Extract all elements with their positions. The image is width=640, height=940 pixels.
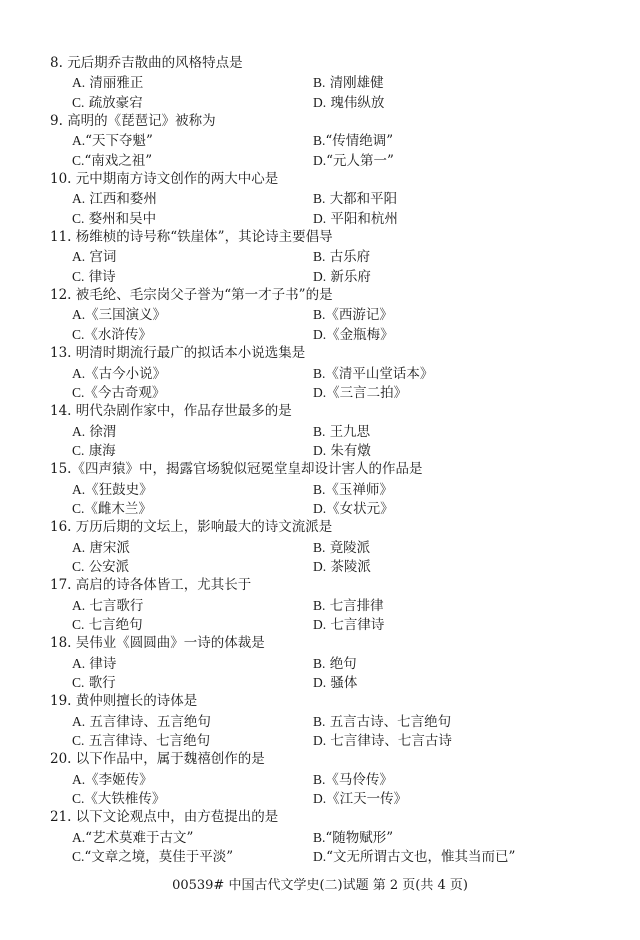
- option-text: 古乐府: [330, 249, 371, 265]
- option-letter: D.: [313, 789, 326, 808]
- option-c: C.“文章之境，莫佳于平淡”: [72, 847, 233, 867]
- question-text: 吴伟业《圆圆曲》一诗的体裁是: [76, 635, 265, 651]
- question-number: 15.: [50, 460, 71, 479]
- option-letter: C.: [72, 441, 84, 460]
- option-row: C. 康海 D. 朱有燉: [0, 441, 640, 460]
- option-b: B.“传情绝调”: [313, 131, 393, 151]
- option-letter: C.: [72, 557, 84, 576]
- option-b: B.《玉禅师》: [313, 480, 393, 500]
- option-b: B. 王九思: [313, 422, 370, 442]
- option-letter: C.: [72, 209, 84, 228]
- page-footer: 00539# 中国古代文学史(二)试题 第 2 页(共 4 页): [0, 877, 640, 895]
- option-text: 五言古诗、七言绝句: [330, 714, 452, 730]
- question-16: 16. 万历后期的文坛上，影响最大的诗文流派是 A. 唐宋派 B. 竟陵派 C.…: [0, 518, 640, 576]
- option-a: A.《三国演义》: [72, 305, 166, 325]
- option-d: D.《金瓶梅》: [313, 325, 394, 345]
- option-text: 江西和婺州: [89, 191, 157, 207]
- option-letter: C.: [72, 789, 84, 808]
- option-text: “元人第一”: [326, 153, 394, 169]
- option-row: C.“文章之境，莫佳于平淡” D.“文无所谓古文也，惟其当而已”: [0, 847, 640, 866]
- option-letter: C.: [72, 731, 84, 750]
- option-text: 《狂鼓史》: [85, 482, 153, 498]
- option-letter: A.: [72, 131, 85, 150]
- option-letter: A.: [72, 538, 85, 557]
- footer-text: 00539# 中国古代文学史(二)试题 第 2 页(共 4 页): [172, 878, 468, 893]
- question-stem: 21. 以下文论观点中，由方苞提出的是: [0, 808, 640, 827]
- option-row: A.《古今小说》 B.《清平山堂话本》: [0, 364, 640, 383]
- option-a: A.“艺术莫难于古文”: [72, 828, 193, 848]
- option-letter: B.: [313, 538, 325, 557]
- option-text: 《古今小说》: [85, 366, 166, 382]
- question-text: 以下作品中，属于魏禧创作的是: [76, 751, 265, 767]
- option-text: 平阳和杭州: [330, 211, 398, 227]
- option-letter: B.: [313, 654, 325, 673]
- question-stem: 16. 万历后期的文坛上，影响最大的诗文流派是: [0, 518, 640, 537]
- option-text: 王九思: [330, 424, 371, 440]
- option-c: C. 疏放豪宕: [72, 93, 143, 113]
- question-8: 8. 元后期乔吉散曲的风格特点是 A. 清丽雅正 B. 清刚雄健 C. 疏放豪宕…: [0, 54, 640, 112]
- option-b: B. 大都和平阳: [313, 189, 397, 209]
- option-letter: A.: [72, 712, 85, 731]
- option-text: 骚体: [330, 675, 357, 691]
- option-text: 绝句: [330, 656, 357, 672]
- option-text: “文无所谓古文也，惟其当而已”: [326, 849, 515, 865]
- question-text: 高明的《琵琶记》被称为: [67, 113, 216, 129]
- option-letter: B.: [313, 828, 325, 847]
- option-text: 徐渭: [89, 424, 116, 440]
- option-letter: B.: [313, 247, 325, 266]
- option-d: D. 朱有燉: [313, 441, 371, 461]
- option-text: 七言排律: [330, 598, 384, 614]
- option-a: A.《古今小说》: [72, 364, 166, 384]
- option-d: D. 七言律诗、七言古诗: [313, 731, 452, 751]
- option-text: 《玉禅师》: [325, 482, 393, 498]
- option-text: 《马伶传》: [325, 772, 393, 788]
- option-text: 七言律诗、七言古诗: [330, 733, 452, 749]
- option-d: D.《江天一传》: [313, 789, 407, 809]
- option-a: A.《狂鼓史》: [72, 480, 153, 500]
- option-b: B. 竟陵派: [313, 538, 370, 558]
- option-b: B.《清平山堂话本》: [313, 364, 433, 384]
- option-row: C.《大铁椎传》 D.《江天一传》: [0, 789, 640, 808]
- option-row: A. 江西和婺州 B. 大都和平阳: [0, 189, 640, 208]
- question-number: 12.: [50, 286, 71, 305]
- question-text: 万历后期的文坛上，影响最大的诗文流派是: [76, 519, 333, 535]
- option-letter: D.: [313, 499, 326, 518]
- question-text: 明代杂剧作家中，作品存世最多的是: [76, 403, 292, 419]
- option-text: “南戏之祖”: [84, 153, 152, 169]
- question-stem: 10. 元中期南方诗文创作的两大中心是: [0, 170, 640, 189]
- option-a: A. 五言律诗、五言绝句: [72, 712, 211, 732]
- option-text: 茶陵派: [330, 559, 371, 575]
- option-letter: D.: [313, 673, 326, 692]
- option-letter: A.: [72, 247, 85, 266]
- option-letter: B.: [313, 480, 325, 499]
- option-text: 疏放豪宕: [89, 95, 143, 111]
- option-text: 唐宋派: [89, 540, 130, 556]
- option-b: B.《马伶传》: [313, 770, 393, 790]
- question-stem: 13. 明清时期流行最广的拟话本小说选集是: [0, 344, 640, 363]
- question-number: 14.: [50, 402, 71, 421]
- option-letter: D.: [313, 615, 326, 634]
- question-stem: 18. 吴伟业《圆圆曲》一诗的体裁是: [0, 634, 640, 653]
- question-17: 17. 高启的诗各体皆工，尤其长于 A. 七言歌行 B. 七言排律 C. 七言绝…: [0, 576, 640, 634]
- option-letter: A.: [72, 654, 85, 673]
- question-number: 8.: [50, 54, 63, 73]
- option-letter: B.: [313, 305, 325, 324]
- question-number: 10.: [50, 170, 71, 189]
- option-letter: D.: [313, 383, 326, 402]
- option-text: 《金瓶梅》: [326, 327, 394, 343]
- question-number: 17.: [50, 576, 71, 595]
- option-c: C. 七言绝句: [72, 615, 143, 635]
- option-b: B. 古乐府: [313, 247, 370, 267]
- option-d: D.《三言二拍》: [313, 383, 407, 403]
- option-row: C. 歌行 D. 骚体: [0, 673, 640, 692]
- option-text: 律诗: [89, 656, 116, 672]
- question-21: 21. 以下文论观点中，由方苞提出的是 A.“艺术莫难于古文” B.“随物赋形”…: [0, 808, 640, 866]
- option-d: D. 平阳和杭州: [313, 209, 398, 229]
- option-text: 《李姬传》: [85, 772, 153, 788]
- option-c: C. 康海: [72, 441, 116, 461]
- question-text: 高启的诗各体皆工，尤其长于: [76, 577, 252, 593]
- option-text: “艺术莫难于古文”: [85, 830, 193, 846]
- option-c: C.《大铁椎传》: [72, 789, 165, 809]
- option-letter: B.: [313, 131, 325, 150]
- option-text: 五言律诗、五言绝句: [89, 714, 211, 730]
- option-letter: C.: [72, 267, 84, 286]
- option-text: 《江天一传》: [326, 791, 407, 807]
- option-d: D.《女状元》: [313, 499, 394, 519]
- option-letter: C.: [72, 383, 84, 402]
- question-number: 13.: [50, 344, 71, 363]
- option-row: A.《三国演义》 B.《西游记》: [0, 305, 640, 324]
- question-text: 《四声猿》中，揭露官场貌似冠冕堂皇却设计害人的作品是: [71, 461, 422, 477]
- option-row: A. 清丽雅正 B. 清刚雄健: [0, 73, 640, 92]
- option-letter: A.: [72, 422, 85, 441]
- option-text: 七言律诗: [330, 617, 384, 633]
- option-letter: D.: [313, 93, 326, 112]
- option-letter: D.: [313, 441, 326, 460]
- option-text: 宫词: [89, 249, 116, 265]
- question-15: 15.《四声猿》中，揭露官场貌似冠冕堂皇却设计害人的作品是 A.《狂鼓史》 B.…: [0, 460, 640, 518]
- question-text: 黄仲则擅长的诗体是: [76, 693, 198, 709]
- option-text: 《清平山堂话本》: [325, 366, 433, 382]
- question-number: 21.: [50, 808, 71, 827]
- option-row: A.《狂鼓史》 B.《玉禅师》: [0, 480, 640, 499]
- question-number: 18.: [50, 634, 71, 653]
- option-letter: C.: [72, 847, 84, 866]
- option-row: A. 律诗 B. 绝句: [0, 654, 640, 673]
- option-letter: D.: [313, 209, 326, 228]
- option-a: A.《李姬传》: [72, 770, 153, 790]
- option-row: C. 七言绝句 D. 七言律诗: [0, 615, 640, 634]
- option-row: C. 律诗 D. 新乐府: [0, 267, 640, 286]
- option-text: 瑰伟纵放: [330, 95, 384, 111]
- option-text: 《女状元》: [326, 501, 394, 517]
- option-text: 《大铁椎传》: [84, 791, 165, 807]
- option-b: B. 七言排律: [313, 596, 384, 616]
- option-letter: C.: [72, 151, 84, 170]
- option-a: A. 宫词: [72, 247, 116, 267]
- option-c: C.“南戏之祖”: [72, 151, 152, 171]
- option-letter: A.: [72, 596, 85, 615]
- option-text: 《西游记》: [325, 307, 393, 323]
- option-letter: D.: [313, 731, 326, 750]
- question-stem: 17. 高启的诗各体皆工，尤其长于: [0, 576, 640, 595]
- option-letter: D.: [313, 151, 326, 170]
- option-text: 七言绝句: [89, 617, 143, 633]
- option-text: 公安派: [89, 559, 130, 575]
- question-11: 11. 杨维桢的诗号称“铁崖体”，其论诗主要倡导 A. 宫词 B. 古乐府 C.…: [0, 228, 640, 286]
- option-text: 清刚雄健: [330, 75, 384, 91]
- question-number: 11.: [50, 228, 71, 247]
- option-text: 婺州和吴中: [89, 211, 157, 227]
- option-text: 歌行: [89, 675, 116, 691]
- option-text: 新乐府: [330, 269, 371, 285]
- question-text: 明清时期流行最广的拟话本小说选集是: [76, 345, 306, 361]
- option-row: A. 七言歌行 B. 七言排律: [0, 596, 640, 615]
- option-letter: C.: [72, 325, 84, 344]
- option-row: A. 五言律诗、五言绝句 B. 五言古诗、七言绝句: [0, 712, 640, 731]
- option-text: “传情绝调”: [325, 133, 393, 149]
- question-10: 10. 元中期南方诗文创作的两大中心是 A. 江西和婺州 B. 大都和平阳 C.…: [0, 170, 640, 228]
- question-stem: 8. 元后期乔吉散曲的风格特点是: [0, 54, 640, 73]
- question-14: 14. 明代杂剧作家中，作品存世最多的是 A. 徐渭 B. 王九思 C. 康海 …: [0, 402, 640, 460]
- option-c: C. 婺州和吴中: [72, 209, 156, 229]
- option-a: A. 七言歌行: [72, 596, 143, 616]
- option-b: B.“随物赋形”: [313, 828, 393, 848]
- option-d: D. 新乐府: [313, 267, 371, 287]
- option-row: A. 宫词 B. 古乐府: [0, 247, 640, 266]
- option-text: 清丽雅正: [89, 75, 143, 91]
- option-text: 康海: [89, 443, 116, 459]
- option-text: 《三国演义》: [85, 307, 166, 323]
- question-13: 13. 明清时期流行最广的拟话本小说选集是 A.《古今小说》 B.《清平山堂话本…: [0, 344, 640, 402]
- option-letter: A.: [72, 828, 85, 847]
- option-letter: B.: [313, 189, 325, 208]
- option-b: B. 五言古诗、七言绝句: [313, 712, 451, 732]
- option-letter: B.: [313, 596, 325, 615]
- option-letter: C.: [72, 499, 84, 518]
- option-c: C.《今古奇观》: [72, 383, 165, 403]
- option-letter: D.: [313, 557, 326, 576]
- question-stem: 15.《四声猿》中，揭露官场貌似冠冕堂皇却设计害人的作品是: [0, 460, 640, 479]
- option-a: A. 徐渭: [72, 422, 116, 442]
- option-row: A. 徐渭 B. 王九思: [0, 422, 640, 441]
- option-letter: A.: [72, 364, 85, 383]
- option-d: D.“元人第一”: [313, 151, 394, 171]
- option-row: C. 疏放豪宕 D. 瑰伟纵放: [0, 93, 640, 112]
- option-text: “文章之境，莫佳于平淡”: [84, 849, 233, 865]
- option-b: B.《西游记》: [313, 305, 393, 325]
- question-text: 以下文论观点中，由方苞提出的是: [76, 809, 279, 825]
- option-d: D. 瑰伟纵放: [313, 93, 384, 113]
- question-stem: 20. 以下作品中，属于魏禧创作的是: [0, 750, 640, 769]
- question-stem: 9. 高明的《琵琶记》被称为: [0, 112, 640, 131]
- question-stem: 12. 被毛纶、毛宗岗父子誉为“第一才子书”的是: [0, 286, 640, 305]
- option-letter: A.: [72, 305, 85, 324]
- question-9: 9. 高明的《琵琶记》被称为 A.“天下夺魁” B.“传情绝调” C.“南戏之祖…: [0, 112, 640, 170]
- option-c: C. 律诗: [72, 267, 116, 287]
- question-text: 元后期乔吉散曲的风格特点是: [67, 55, 243, 71]
- option-text: 《水浒传》: [84, 327, 152, 343]
- option-letter: B.: [313, 422, 325, 441]
- option-letter: B.: [313, 364, 325, 383]
- question-stem: 19. 黄仲则擅长的诗体是: [0, 692, 640, 711]
- option-b: B. 清刚雄健: [313, 73, 384, 93]
- option-a: A.“天下夺魁”: [72, 131, 153, 151]
- option-letter: D.: [313, 325, 326, 344]
- option-letter: B.: [313, 770, 325, 789]
- option-a: A. 江西和婺州: [72, 189, 157, 209]
- option-letter: D.: [313, 847, 326, 866]
- option-text: 七言歌行: [89, 598, 143, 614]
- option-row: A.《李姬传》 B.《马伶传》: [0, 770, 640, 789]
- option-c: C. 五言律诗、七言绝句: [72, 731, 210, 751]
- option-text: 《今古奇观》: [84, 385, 165, 401]
- question-19: 19. 黄仲则擅长的诗体是 A. 五言律诗、五言绝句 B. 五言古诗、七言绝句 …: [0, 692, 640, 750]
- option-a: A. 律诗: [72, 654, 116, 674]
- option-letter: D.: [313, 267, 326, 286]
- option-text: 朱有燉: [330, 443, 371, 459]
- option-row: C.《今古奇观》 D.《三言二拍》: [0, 383, 640, 402]
- question-20: 20. 以下作品中，属于魏禧创作的是 A.《李姬传》 B.《马伶传》 C.《大铁…: [0, 750, 640, 808]
- option-letter: B.: [313, 712, 325, 731]
- option-a: A. 清丽雅正: [72, 73, 143, 93]
- question-12: 12. 被毛纶、毛宗岗父子誉为“第一才子书”的是 A.《三国演义》 B.《西游记…: [0, 286, 640, 344]
- option-letter: C.: [72, 673, 84, 692]
- option-text: 大都和平阳: [330, 191, 398, 207]
- option-letter: A.: [72, 73, 85, 92]
- option-text: 律诗: [89, 269, 116, 285]
- option-letter: A.: [72, 770, 85, 789]
- option-c: C. 公安派: [72, 557, 129, 577]
- option-row: C.“南戏之祖” D.“元人第一”: [0, 151, 640, 170]
- option-d: D. 骚体: [313, 673, 357, 693]
- option-row: C.《水浒传》 D.《金瓶梅》: [0, 325, 640, 344]
- question-number: 19.: [50, 692, 71, 711]
- question-stem: 14. 明代杂剧作家中，作品存世最多的是: [0, 402, 640, 421]
- option-row: A.“艺术莫难于古文” B.“随物赋形”: [0, 828, 640, 847]
- question-text: 被毛纶、毛宗岗父子誉为“第一才子书”的是: [76, 287, 333, 303]
- question-number: 20.: [50, 750, 71, 769]
- option-text: 五言律诗、七言绝句: [89, 733, 211, 749]
- question-number: 16.: [50, 518, 71, 537]
- option-d: D. 七言律诗: [313, 615, 384, 635]
- question-stem: 11. 杨维桢的诗号称“铁崖体”，其论诗主要倡导: [0, 228, 640, 247]
- option-letter: B.: [313, 73, 325, 92]
- option-letter: A.: [72, 189, 85, 208]
- option-d: D.“文无所谓古文也，惟其当而已”: [313, 847, 515, 867]
- option-text: 竟陵派: [330, 540, 371, 556]
- question-number: 9.: [50, 112, 63, 131]
- option-text: 《三言二拍》: [326, 385, 407, 401]
- question-text: 杨维桢的诗号称“铁崖体”，其论诗主要倡导: [76, 229, 333, 245]
- option-row: C. 婺州和吴中 D. 平阳和杭州: [0, 209, 640, 228]
- option-row: A.“天下夺魁” B.“传情绝调”: [0, 131, 640, 150]
- option-c: C.《水浒传》: [72, 325, 152, 345]
- option-letter: A.: [72, 480, 85, 499]
- option-row: C. 五言律诗、七言绝句 D. 七言律诗、七言古诗: [0, 731, 640, 750]
- option-letter: C.: [72, 93, 84, 112]
- option-text: “天下夺魁”: [85, 133, 153, 149]
- question-18: 18. 吴伟业《圆圆曲》一诗的体裁是 A. 律诗 B. 绝句 C. 歌行 D. …: [0, 634, 640, 692]
- option-row: A. 唐宋派 B. 竟陵派: [0, 538, 640, 557]
- option-row: C.《雌木兰》 D.《女状元》: [0, 499, 640, 518]
- option-row: C. 公安派 D. 茶陵派: [0, 557, 640, 576]
- option-c: C.《雌木兰》: [72, 499, 152, 519]
- option-b: B. 绝句: [313, 654, 357, 674]
- option-text: 《雌木兰》: [84, 501, 152, 517]
- option-text: “随物赋形”: [325, 830, 393, 846]
- option-letter: C.: [72, 615, 84, 634]
- option-d: D. 茶陵派: [313, 557, 371, 577]
- option-a: A. 唐宋派: [72, 538, 130, 558]
- option-c: C. 歌行: [72, 673, 116, 693]
- question-text: 元中期南方诗文创作的两大中心是: [76, 171, 279, 187]
- exam-page: 8. 元后期乔吉散曲的风格特点是 A. 清丽雅正 B. 清刚雄健 C. 疏放豪宕…: [0, 54, 640, 866]
